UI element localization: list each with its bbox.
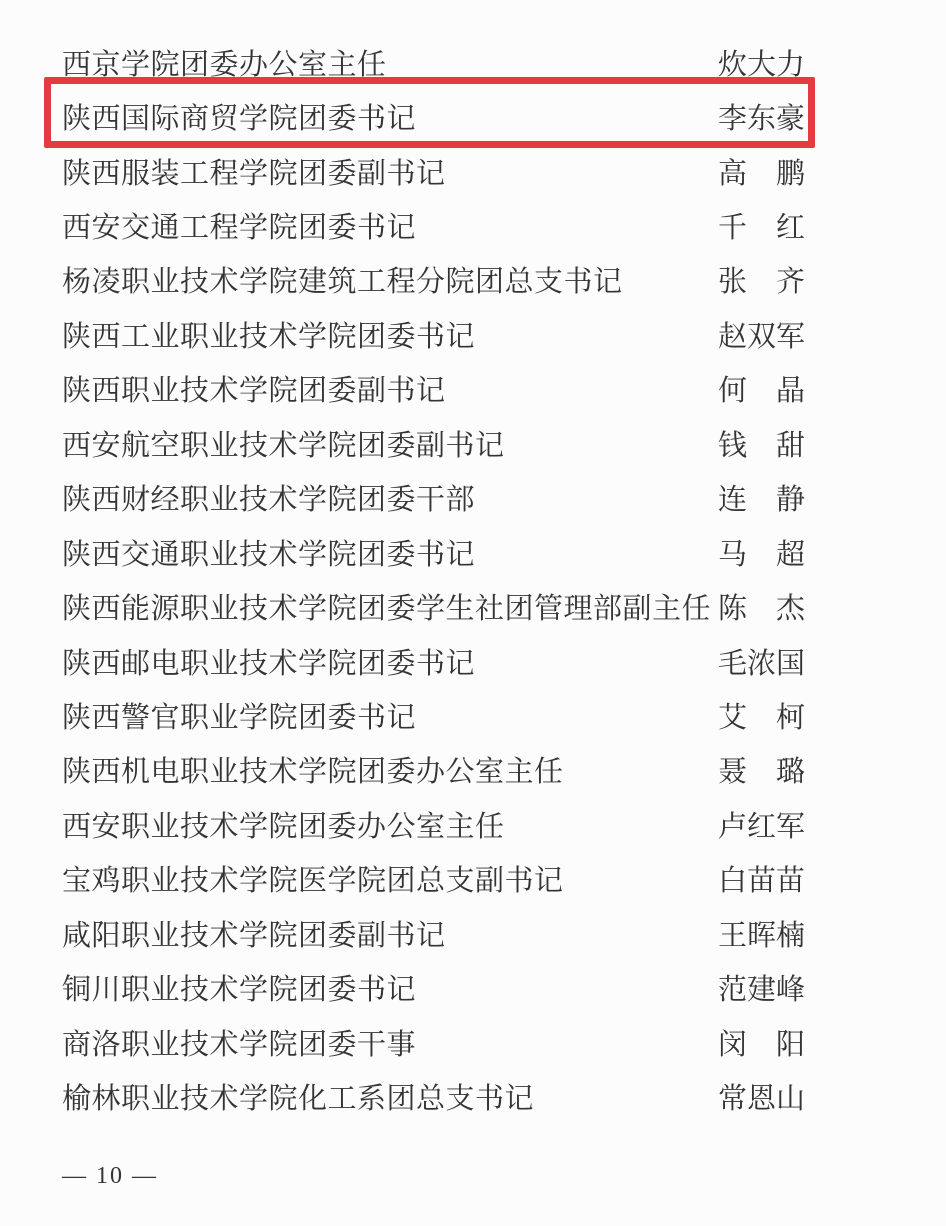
position-title: 陕西财经职业技术学院团委干部	[62, 477, 475, 518]
table-row: 宝鸡职业技术学院医学院团总支副书记 白苗苗	[62, 852, 805, 906]
table-row: 杨凌职业技术学院建筑工程分院团总支书记 张 齐	[62, 253, 805, 307]
person-name: 高 鹏	[718, 151, 805, 192]
table-row: 陕西机电职业技术学院团委办公室主任 聂 璐	[62, 743, 805, 797]
person-name: 陈 杰	[718, 586, 805, 627]
position-title: 陕西服装工程学院团委副书记	[62, 151, 446, 192]
table-row: 陕西交通职业技术学院团委书记 马 超	[62, 525, 805, 579]
position-title: 陕西国际商贸学院团委书记	[62, 96, 416, 137]
table-row: 陕西服装工程学院团委副书记 高 鹏	[62, 144, 805, 198]
person-name: 千 红	[718, 205, 805, 246]
person-name: 赵双军	[718, 314, 805, 355]
person-name: 马 超	[718, 532, 805, 573]
position-title: 西安交通工程学院团委书记	[62, 205, 416, 246]
position-title: 陕西交通职业技术学院团委书记	[62, 532, 475, 573]
person-name: 炊大力	[718, 42, 805, 83]
position-title: 西安职业技术学院团委办公室主任	[62, 804, 505, 845]
table-row: 榆林职业技术学院化工系团总支书记 常恩山	[62, 1069, 805, 1123]
position-title: 陕西能源职业技术学院团委学生社团管理部副主任	[62, 586, 711, 627]
person-name: 卢红军	[718, 804, 805, 845]
table-row: 陕西警官职业学院团委书记 艾 柯	[62, 688, 805, 742]
position-title: 榆林职业技术学院化工系团总支书记	[62, 1076, 534, 1117]
position-title: 西安航空职业技术学院团委副书记	[62, 423, 505, 464]
table-row: 西安交通工程学院团委书记 千 红	[62, 198, 805, 252]
table-row: 铜川职业技术学院团委书记 范建峰	[62, 960, 805, 1014]
person-name: 毛浓国	[718, 641, 805, 682]
person-name: 聂 璐	[718, 749, 805, 790]
table-row: 西京学院团委办公室主任 炊大力	[62, 35, 805, 89]
person-name: 常恩山	[718, 1076, 805, 1117]
table-row: 陕西邮电职业技术学院团委书记 毛浓国	[62, 634, 805, 688]
table-row: 西安航空职业技术学院团委副书记 钱 甜	[62, 416, 805, 470]
table-row: 商洛职业技术学院团委干事 闵 阳	[62, 1015, 805, 1069]
person-name: 白苗苗	[718, 858, 805, 899]
person-name: 闵 阳	[718, 1022, 805, 1063]
table-row: 陕西财经职业技术学院团委干部 连 静	[62, 471, 805, 525]
position-title: 杨凌职业技术学院建筑工程分院团总支书记	[62, 259, 623, 300]
table-row: 陕西职业技术学院团委副书记 何 晶	[62, 362, 805, 416]
position-title: 铜川职业技术学院团委书记	[62, 967, 416, 1008]
person-name: 王晖楠	[718, 913, 805, 954]
person-name: 李东豪	[718, 96, 805, 137]
person-name: 张 齐	[718, 259, 805, 300]
person-name: 钱 甜	[718, 423, 805, 464]
person-name: 连 静	[718, 477, 805, 518]
table-row: 西安职业技术学院团委办公室主任 卢红军	[62, 797, 805, 851]
person-name: 何 晶	[718, 368, 805, 409]
position-title: 陕西工业职业技术学院团委书记	[62, 314, 475, 355]
person-name: 艾 柯	[718, 695, 805, 736]
document-page: 西京学院团委办公室主任 炊大力 陕西国际商贸学院团委书记 李东豪 陕西服装工程学…	[0, 0, 946, 1226]
position-title: 咸阳职业技术学院团委副书记	[62, 913, 446, 954]
person-name: 范建峰	[718, 967, 805, 1008]
table-row: 陕西能源职业技术学院团委学生社团管理部副主任 陈 杰	[62, 579, 805, 633]
position-title: 陕西警官职业学院团委书记	[62, 695, 416, 736]
position-title: 商洛职业技术学院团委干事	[62, 1022, 416, 1063]
position-title: 陕西邮电职业技术学院团委书记	[62, 641, 475, 682]
page-number: — 10 —	[62, 1163, 158, 1190]
position-title: 陕西职业技术学院团委副书记	[62, 368, 446, 409]
table-row: 陕西工业职业技术学院团委书记 赵双军	[62, 307, 805, 361]
position-title: 陕西机电职业技术学院团委办公室主任	[62, 749, 564, 790]
position-title: 西京学院团委办公室主任	[62, 42, 387, 83]
table-row-highlighted: 陕西国际商贸学院团委书记 李东豪	[62, 89, 805, 143]
position-title: 宝鸡职业技术学院医学院团总支副书记	[62, 858, 564, 899]
appointments-list: 西京学院团委办公室主任 炊大力 陕西国际商贸学院团委书记 李东豪 陕西服装工程学…	[62, 35, 805, 1124]
table-row: 咸阳职业技术学院团委副书记 王晖楠	[62, 906, 805, 960]
